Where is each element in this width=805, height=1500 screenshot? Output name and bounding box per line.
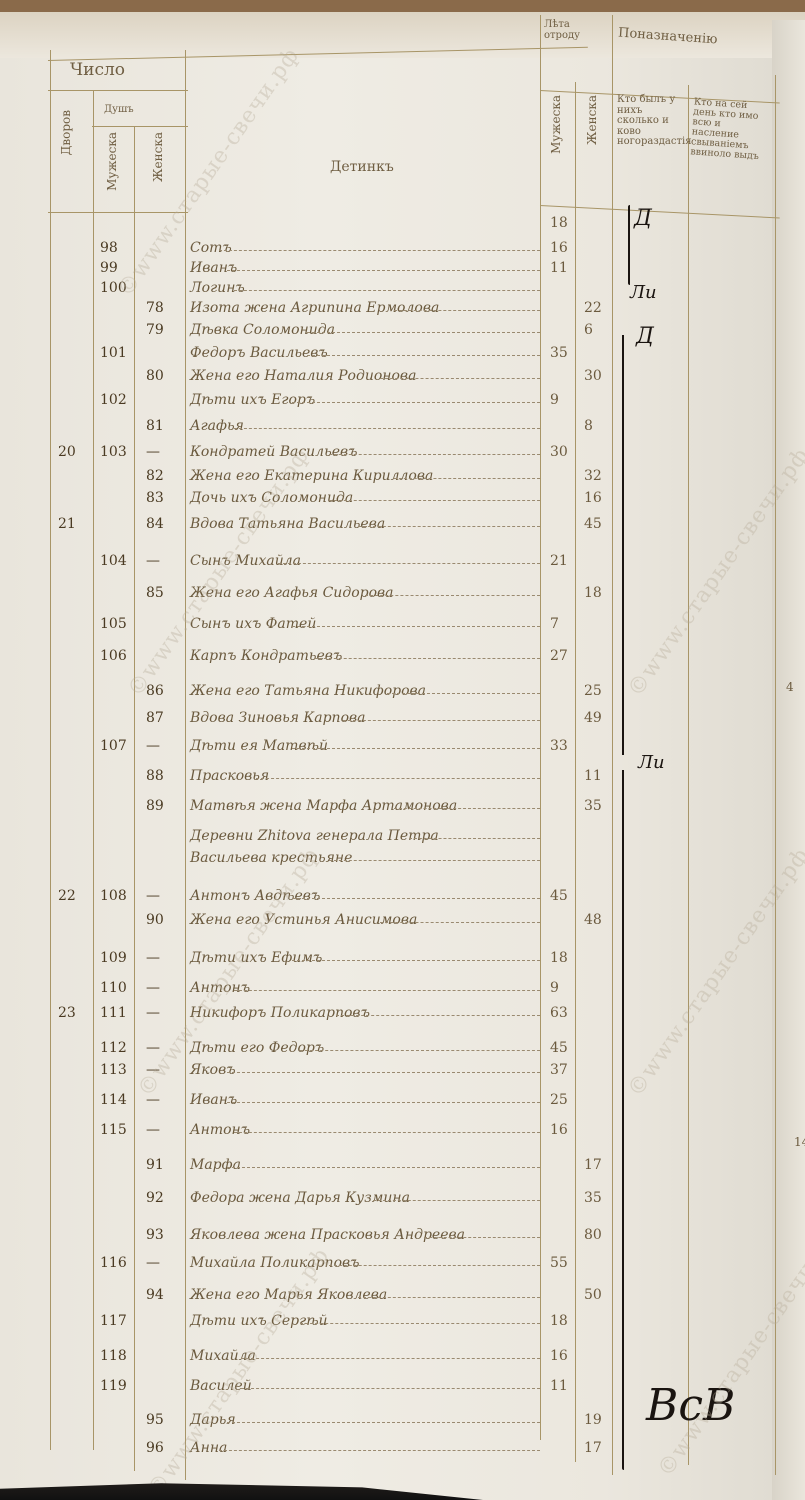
row-female-number: 87 bbox=[146, 710, 164, 726]
row-female-number: 90 bbox=[146, 912, 164, 928]
row-male-number: 106 bbox=[100, 648, 127, 664]
row-name: Дѣвка Соломонида bbox=[190, 322, 335, 338]
row-age-female: 11 bbox=[584, 768, 602, 784]
col-rule-1 bbox=[50, 50, 51, 1450]
row-age-male: 16 bbox=[550, 1348, 568, 1364]
row-age-female: 19 bbox=[584, 1412, 602, 1428]
row-fill-dashes bbox=[300, 1050, 541, 1051]
row-fill-dashes bbox=[329, 860, 540, 861]
row-male-number: 103 bbox=[100, 444, 127, 460]
row-female-number: — bbox=[146, 1122, 160, 1138]
col-rule-4 bbox=[185, 50, 186, 1480]
row-fill-dashes bbox=[234, 1132, 540, 1133]
row-fill-dashes bbox=[234, 990, 540, 991]
row-male-number: 116 bbox=[100, 1255, 127, 1271]
row-female-number: 88 bbox=[146, 768, 164, 784]
row-female-number: 83 bbox=[146, 490, 164, 506]
col-rule-3 bbox=[134, 126, 135, 1471]
row-household-number: 23 bbox=[58, 1005, 76, 1021]
row-male-number: 104 bbox=[100, 553, 127, 569]
row-age-male: 30 bbox=[550, 444, 568, 460]
brace-line-3 bbox=[622, 770, 624, 1470]
annotation-brace-4: Ли bbox=[638, 752, 665, 773]
row-age-male: 55 bbox=[550, 1255, 568, 1271]
row-fill-dashes bbox=[292, 898, 540, 899]
row-age-male: 11 bbox=[550, 1378, 568, 1394]
row-name: Жена его Устинья Анисимова bbox=[190, 912, 417, 928]
row-female-number: — bbox=[146, 950, 160, 966]
row-name: Кондратей Васильевъ bbox=[190, 444, 358, 460]
row-age-female: 48 bbox=[584, 912, 602, 928]
row-male-number: 115 bbox=[100, 1122, 127, 1138]
row-household-number: 22 bbox=[58, 888, 76, 904]
row-name: Логинъ bbox=[190, 280, 245, 296]
row-male-number: 105 bbox=[100, 616, 127, 632]
row-fill-dashes bbox=[292, 626, 540, 627]
row-name: Агафья bbox=[190, 418, 244, 434]
row-age-female: 17 bbox=[584, 1440, 602, 1456]
row-name: Матвѣя жена Марфа Артамонова bbox=[190, 798, 457, 814]
header-right-b: Кто на сей день кто имо всю и насление с… bbox=[690, 97, 772, 162]
row-male-number: 118 bbox=[100, 1348, 127, 1364]
row-fill-dashes bbox=[343, 720, 540, 721]
row-fill-dashes bbox=[307, 332, 540, 333]
row-household-number: 21 bbox=[58, 516, 76, 532]
row-female-number: — bbox=[146, 444, 160, 460]
row-age-male: 21 bbox=[550, 553, 568, 569]
row-fill-dashes bbox=[394, 310, 540, 311]
row-fill-dashes bbox=[424, 1237, 540, 1238]
row-fill-dashes bbox=[227, 1167, 541, 1168]
row-name: Деревни Zhitova генерала Петра bbox=[190, 828, 439, 844]
header-age-male: Мужеска bbox=[550, 95, 563, 154]
row-fill-dashes bbox=[256, 778, 540, 779]
row-name: Дѣти его Федоръ bbox=[190, 1040, 324, 1056]
row-male-number: 113 bbox=[100, 1062, 127, 1078]
row-female-number: — bbox=[146, 1255, 160, 1271]
row-name: Марфа bbox=[190, 1157, 241, 1173]
row-age-female: 18 bbox=[584, 585, 602, 601]
row-age-male: 11 bbox=[550, 260, 568, 276]
row-age-male: 37 bbox=[550, 1062, 568, 1078]
row-male-number: 99 bbox=[100, 260, 118, 276]
row-age-male: 25 bbox=[550, 1092, 568, 1108]
row-name: Иванъ bbox=[190, 260, 237, 276]
row-name: Вдова Зиновья Карпова bbox=[190, 710, 366, 726]
col-rule-9 bbox=[775, 75, 776, 1475]
row-fill-dashes bbox=[300, 1323, 541, 1324]
header-number: Число bbox=[70, 62, 125, 80]
row-male-number: 117 bbox=[100, 1313, 127, 1329]
row-fill-dashes bbox=[358, 526, 540, 527]
row-name: Васильева крестьяне bbox=[190, 850, 352, 866]
col-rule-2 bbox=[93, 90, 94, 1450]
row-male-number: 112 bbox=[100, 1040, 127, 1056]
row-age-male: 18 bbox=[550, 215, 568, 231]
row-name: Федора жена Дарья Кузмина bbox=[190, 1190, 410, 1206]
col-rule-5 bbox=[540, 15, 541, 1440]
row-age-female: 49 bbox=[584, 710, 602, 726]
row-name: Федоръ Васильевъ bbox=[190, 345, 328, 361]
row-male-number: 110 bbox=[100, 980, 127, 996]
row-fill-dashes bbox=[394, 478, 540, 479]
row-female-number: 79 bbox=[146, 322, 164, 338]
col-rule-7 bbox=[612, 15, 613, 1475]
register-page bbox=[0, 12, 805, 1500]
rule-header-1 bbox=[48, 90, 188, 91]
row-name: Жена его Екатерина Кириллова bbox=[190, 468, 433, 484]
header-male: Мужеска bbox=[106, 132, 119, 191]
header-right-a: Кто былъ у нихъ сколько и ково ногоразда… bbox=[617, 95, 685, 148]
row-age-male: 9 bbox=[550, 980, 559, 996]
row-fill-dashes bbox=[227, 1072, 541, 1073]
row-name: Антонъ bbox=[190, 1122, 250, 1138]
row-male-number: 111 bbox=[100, 1005, 127, 1021]
row-female-number: — bbox=[146, 888, 160, 904]
header-names: Детинкъ bbox=[330, 160, 394, 175]
brace-line-1 bbox=[628, 205, 630, 285]
row-male-number: 98 bbox=[100, 240, 118, 256]
row-age-female: 30 bbox=[584, 368, 602, 384]
row-female-number: 78 bbox=[146, 300, 164, 316]
row-male-number: 101 bbox=[100, 345, 127, 361]
row-fill-dashes bbox=[219, 250, 540, 251]
row-name: Сотъ bbox=[190, 240, 232, 256]
row-female-number: 96 bbox=[146, 1440, 164, 1456]
row-age-female: 45 bbox=[584, 516, 602, 532]
row-age-female: 17 bbox=[584, 1157, 602, 1173]
row-female-number: 89 bbox=[146, 798, 164, 814]
row-male-number: 119 bbox=[100, 1378, 127, 1394]
row-name: Прасковья bbox=[190, 768, 269, 784]
row-female-number: 93 bbox=[146, 1227, 164, 1243]
row-male-number: 109 bbox=[100, 950, 127, 966]
row-female-number: — bbox=[146, 980, 160, 996]
row-female-number: — bbox=[146, 1005, 160, 1021]
row-name: Яковъ bbox=[190, 1062, 236, 1078]
row-age-female: 35 bbox=[584, 798, 602, 814]
col-rule-8 bbox=[688, 85, 689, 1465]
row-fill-dashes bbox=[394, 808, 540, 809]
row-female-number: — bbox=[146, 738, 160, 754]
row-fill-dashes bbox=[292, 402, 540, 403]
row-female-number: 91 bbox=[146, 1157, 164, 1173]
margin-mark-2: 14 bbox=[794, 1135, 805, 1149]
row-age-female: 25 bbox=[584, 683, 602, 699]
row-name: Дѣти ея Матвѣй bbox=[190, 738, 328, 754]
row-age-male: 16 bbox=[550, 1122, 568, 1138]
row-age-female: 6 bbox=[584, 322, 593, 338]
brace-line-2 bbox=[622, 335, 624, 755]
row-name: Карпъ Кондратьевъ bbox=[190, 648, 342, 664]
row-age-female: 80 bbox=[584, 1227, 602, 1243]
row-fill-dashes bbox=[314, 658, 540, 659]
col-rule-6 bbox=[575, 82, 576, 1462]
row-name: Жена его Татьяна Никифорова bbox=[190, 683, 426, 699]
row-age-female: 35 bbox=[584, 1190, 602, 1206]
row-fill-dashes bbox=[234, 290, 540, 291]
row-fill-dashes bbox=[227, 270, 541, 271]
row-fill-dashes bbox=[219, 1450, 540, 1451]
row-fill-dashes bbox=[336, 1015, 540, 1016]
row-female-number: 95 bbox=[146, 1412, 164, 1428]
row-male-number: 102 bbox=[100, 392, 127, 408]
row-fill-dashes bbox=[387, 693, 540, 694]
row-age-male: 18 bbox=[550, 1313, 568, 1329]
row-age-male: 45 bbox=[550, 888, 568, 904]
row-age-female: 22 bbox=[584, 300, 602, 316]
row-age-female: 32 bbox=[584, 468, 602, 484]
row-fill-dashes bbox=[373, 1200, 541, 1201]
row-female-number: 84 bbox=[146, 516, 164, 532]
row-age-female: 50 bbox=[584, 1287, 602, 1303]
row-fill-dashes bbox=[292, 748, 540, 749]
row-age-male: 9 bbox=[550, 392, 559, 408]
row-age-male: 35 bbox=[550, 345, 568, 361]
row-female-number: 94 bbox=[146, 1287, 164, 1303]
header-households: Дворов bbox=[60, 110, 73, 155]
row-age-female: 16 bbox=[584, 490, 602, 506]
row-name: Яковлева жена Прасковья Андреева bbox=[190, 1227, 465, 1243]
header-age-female: Женска bbox=[586, 95, 599, 145]
row-name: Иванъ bbox=[190, 1092, 237, 1108]
row-fill-dashes bbox=[234, 428, 540, 429]
row-age-male: 16 bbox=[550, 240, 568, 256]
row-name: Дѣти ихъ Егоръ bbox=[190, 392, 315, 408]
row-fill-dashes bbox=[329, 454, 540, 455]
row-female-number: 81 bbox=[146, 418, 164, 434]
row-male-number: 107 bbox=[100, 738, 127, 754]
header-female: Женска bbox=[152, 132, 165, 182]
row-age-female: 8 bbox=[584, 418, 593, 434]
header-age: Лѣта отроду bbox=[544, 20, 586, 41]
row-age-male: 45 bbox=[550, 1040, 568, 1056]
row-age-male: 27 bbox=[550, 648, 568, 664]
row-fill-dashes bbox=[292, 960, 540, 961]
row-age-male: 63 bbox=[550, 1005, 568, 1021]
row-fill-dashes bbox=[380, 378, 540, 379]
row-name: Жена его Наталия Родионова bbox=[190, 368, 416, 384]
margin-mark-1: 4 bbox=[786, 680, 794, 694]
row-name: Вдова Татьяна Васильева bbox=[190, 516, 385, 532]
row-female-number: — bbox=[146, 553, 160, 569]
annotation-brace-2: Ли bbox=[630, 282, 657, 303]
row-female-number: 80 bbox=[146, 368, 164, 384]
annotation-brace-1: Д bbox=[634, 206, 652, 231]
row-fill-dashes bbox=[329, 1265, 540, 1266]
row-fill-dashes bbox=[329, 500, 540, 501]
row-fill-dashes bbox=[241, 1358, 540, 1359]
row-age-male: 7 bbox=[550, 616, 559, 632]
row-age-male: 18 bbox=[550, 950, 568, 966]
row-age-male: 33 bbox=[550, 738, 568, 754]
row-fill-dashes bbox=[227, 1102, 541, 1103]
annotation-brace-3: Д bbox=[636, 324, 654, 349]
row-fill-dashes bbox=[227, 1422, 541, 1423]
row-fill-dashes bbox=[278, 563, 540, 564]
row-fill-dashes bbox=[380, 922, 540, 923]
row-male-number: 114 bbox=[100, 1092, 127, 1108]
row-fill-dashes bbox=[358, 1297, 540, 1298]
row-fill-dashes bbox=[307, 355, 540, 356]
row-name: Сынъ ихъ Фатей bbox=[190, 616, 316, 632]
row-name: Изота жена Агрипина Ермолова bbox=[190, 300, 439, 316]
row-female-number: 85 bbox=[146, 585, 164, 601]
row-fill-dashes bbox=[241, 1388, 540, 1389]
header-souls: Душъ bbox=[104, 105, 134, 116]
row-female-number: 92 bbox=[146, 1190, 164, 1206]
row-male-number: 108 bbox=[100, 888, 127, 904]
row-fill-dashes bbox=[409, 838, 540, 839]
row-fill-dashes bbox=[365, 595, 540, 596]
rule-header-2 bbox=[92, 126, 188, 127]
row-female-number: 82 bbox=[146, 468, 164, 484]
row-household-number: 20 bbox=[58, 444, 76, 460]
